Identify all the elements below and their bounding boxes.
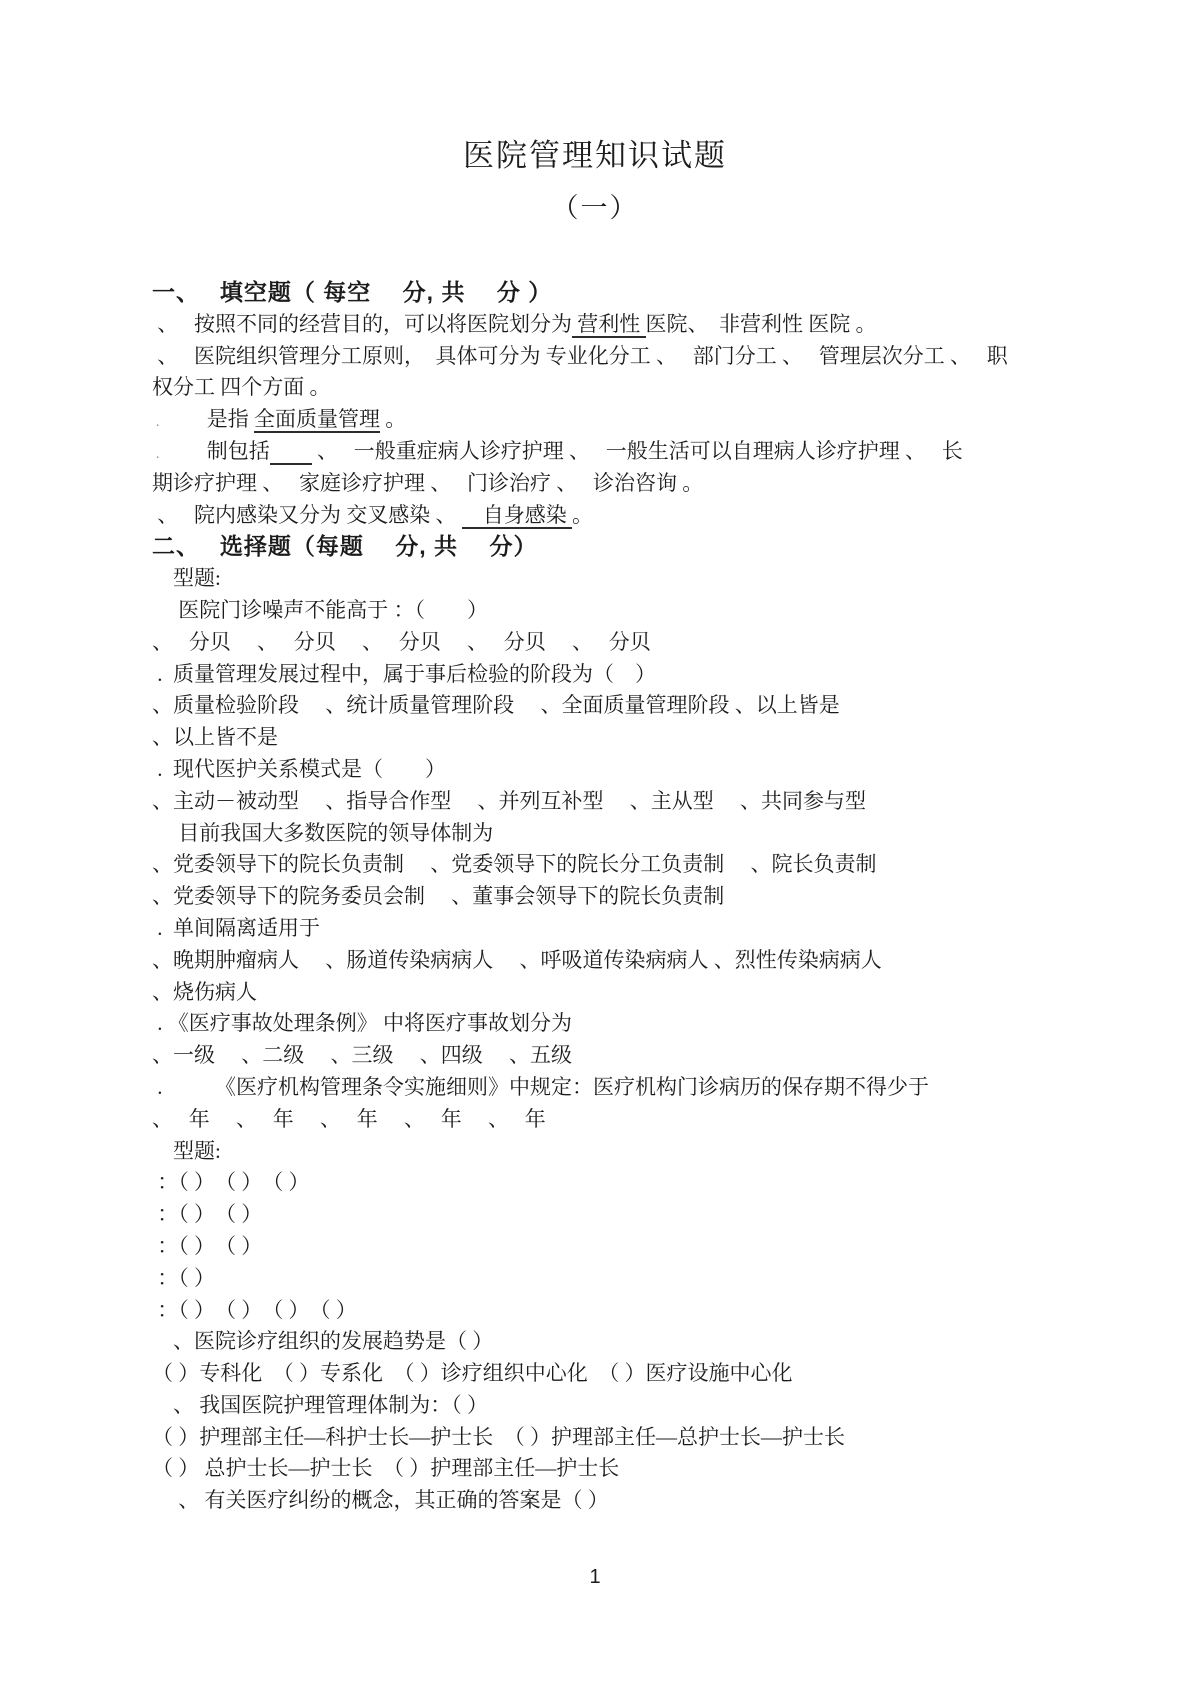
text-segment: . 现代医护关系模式是（ ）	[152, 757, 446, 781]
text-line-37: （ ）护理部主任—科护士长—护士长 （ ）护理部主任—总护士长—护士长	[152, 1422, 1052, 1454]
text-line-25: 、一级 、二级 、三级 、四级 、五级	[152, 1040, 1052, 1072]
text-line-29: ：（ ） （ ） （ ）	[152, 1167, 1052, 1199]
text-segment: 、晚期肿瘤病人 、肠道传染病病人 、呼吸道传染病病人 、烈性传染病病人	[152, 948, 882, 972]
text-segment: 二、 选择题（每题 分, 共 分）	[152, 533, 537, 559]
text-line-27: 、 年 、 年 、 年 、 年 、 年	[152, 1104, 1052, 1136]
text-segment: 、党委领导下的院长负责制 、党委领导下的院长分工负责制 、院长负责制	[152, 852, 877, 876]
text-line-24: . 《医疗事故处理条例》 中将医疗事故划分为	[152, 1008, 1052, 1040]
text-line-7: 期诊疗护理 、 家庭诊疗护理 、 门诊治疗 、 诊治咨询 。	[152, 468, 1052, 500]
text-line-1: 一、 填空题（ 每空 分, 共 分 ）	[152, 277, 1052, 309]
text-line-38: （ ） 总护士长—护士长 （ ）护理部主任—护士长	[152, 1453, 1052, 1485]
text-segment: 、 医院组织管理分工原则， 具体可分为 专业化分工 、 部门分工 、 管理层次分…	[152, 344, 1008, 368]
text-line-20: 、党委领导下的院务委员会制 、董事会领导下的院长负责制	[152, 881, 1052, 913]
text-line-16: . 现代医护关系模式是（ ）	[152, 754, 1052, 786]
text-line-31: ：（ ） （ ）	[152, 1231, 1052, 1263]
text-segment: 型题:	[152, 566, 221, 590]
text-line-3: 、 医院组织管理分工原则， 具体可分为 专业化分工 、 部门分工 、 管理层次分…	[152, 341, 1052, 373]
text-segment: ：（ ） （ ）	[152, 1234, 262, 1258]
text-segment: 制包括	[160, 439, 270, 463]
text-line-35: （ ）专科化 （ ）专系化 （ ）诊疗组织中心化 （ ）医疗设施中心化	[152, 1358, 1052, 1390]
text-segment: .	[152, 446, 160, 462]
text-segment: 、 一般重症病人诊疗护理 、 一般生活可以自理病人诊疗护理 、 长	[312, 439, 963, 463]
text-segment: 型题:	[152, 1139, 221, 1163]
text-segment: 、医院诊疗组织的发展趋势是（ ）	[152, 1329, 493, 1353]
text-segment: 、 有关医疗纠纷的概念，其正确的答案是（ ）	[152, 1488, 609, 1512]
text-segment: 期诊疗护理 、 家庭诊疗护理 、 门诊治疗 、 诊治咨询 。	[152, 471, 703, 495]
text-line-6: . 制包括 、 一般重症病人诊疗护理 、 一般生活可以自理病人诊疗护理 、 长	[152, 436, 1052, 468]
text-line-19: 、党委领导下的院长负责制 、党委领导下的院长分工负责制 、院长负责制	[152, 849, 1052, 881]
text-segment: . 《医疗机构管理条令实施细则》中规定：医疗机构门诊病历的保存期不得少于	[152, 1075, 929, 1099]
text-line-33: ：（ ） （ ） （ ） （ ）	[152, 1295, 1052, 1327]
text-segment: . 质量管理发展过程中，属于事后检验的阶段为（ ）	[152, 662, 656, 686]
page-title: 医院管理知识试题	[0, 130, 1190, 175]
text-line-10: 型题:	[152, 563, 1052, 595]
text-segment: （ ） 总护士长—护士长 （ ）护理部主任—护士长	[152, 1456, 619, 1480]
text-line-32: ：（ ）	[152, 1263, 1052, 1295]
underlined-answer: 营利性	[572, 312, 646, 338]
text-line-26: . 《医疗机构管理条令实施细则》中规定：医疗机构门诊病历的保存期不得少于	[152, 1072, 1052, 1104]
text-line-39: 、 有关医疗纠纷的概念，其正确的答案是（ ）	[152, 1485, 1052, 1517]
text-line-8: 、 院内感染又分为 交叉感染 、 自身感染 。	[152, 500, 1052, 532]
text-segment: 、以上皆不是	[152, 725, 278, 749]
text-line-34: 、医院诊疗组织的发展趋势是（ ）	[152, 1326, 1052, 1358]
text-segment: 一、 填空题（ 每空 分, 共 分 ）	[152, 279, 552, 305]
text-segment: 、 按照不同的经营目的，可以将医院划分为	[152, 312, 572, 336]
text-line-2: 、 按照不同的经营目的，可以将医院划分为 营利性 医院、 非营利性 医院 。	[152, 309, 1052, 341]
text-segment: . 单间隔离适用于	[152, 916, 320, 940]
text-segment: 医院、 非营利性 医院 。	[646, 312, 877, 336]
text-segment: ：（ ） （ ） （ ）	[152, 1170, 310, 1194]
exam-body: 一、 填空题（ 每空 分, 共 分 ） 、 按照不同的经营目的，可以将医院划分为…	[152, 277, 1052, 1517]
text-segment: 、党委领导下的院务委员会制 、董事会领导下的院长负责制	[152, 884, 724, 908]
text-segment: ：（ ） （ ）	[152, 1202, 262, 1226]
text-line-28: 型题:	[152, 1136, 1052, 1168]
text-segment: 、一级 、二级 、三级 、四级 、五级	[152, 1043, 572, 1067]
text-segment: 。	[572, 503, 593, 527]
text-segment: 是指	[160, 407, 255, 431]
page-number: 1	[0, 1566, 1190, 1589]
text-segment: （ ）护理部主任—科护士长—护士长 （ ）护理部主任—总护士长—护士长	[152, 1425, 845, 1449]
text-line-30: ：（ ） （ ）	[152, 1199, 1052, 1231]
text-line-11: 医院门诊噪声不能高于 ：（ ）	[152, 595, 1052, 627]
text-line-21: . 单间隔离适用于	[152, 913, 1052, 945]
text-line-9: 二、 选择题（每题 分, 共 分）	[152, 531, 1052, 563]
text-segment: 、烧伤病人	[152, 980, 257, 1004]
text-segment: 、 院内感染又分为 交叉感染 、	[152, 503, 462, 527]
text-line-4: 权分工 四个方面 。	[152, 372, 1052, 404]
text-line-23: 、烧伤病人	[152, 977, 1052, 1009]
text-segment: 、主动－被动型 、指导合作型 、并列互补型 、主从型 、共同参与型	[152, 789, 866, 813]
text-segment: 、质量检验阶段 、统计质量管理阶段 、全面质量管理阶段 、以上皆是	[152, 693, 840, 717]
text-segment: .	[152, 414, 160, 430]
text-line-14: 、质量检验阶段 、统计质量管理阶段 、全面质量管理阶段 、以上皆是	[152, 690, 1052, 722]
text-segment: 。	[380, 407, 406, 431]
text-segment: 医院门诊噪声不能高于 ：（ ）	[152, 598, 488, 622]
text-segment: 权分工 四个方面 。	[152, 375, 331, 399]
text-line-12: 、 分贝 、 分贝 、 分贝 、 分贝 、 分贝	[152, 627, 1052, 659]
text-segment: 目前我国大多数医院的领导体制为	[152, 821, 493, 845]
text-line-17: 、主动－被动型 、指导合作型 、并列互补型 、主从型 、共同参与型	[152, 786, 1052, 818]
text-line-13: . 质量管理发展过程中，属于事后检验的阶段为（ ）	[152, 659, 1052, 691]
exam-document-page: 医院管理知识试题 （一） 一、 填空题（ 每空 分, 共 分 ） 、 按照不同的…	[0, 0, 1190, 1683]
page-subtitle: （一）	[0, 186, 1190, 225]
text-segment: . 《医疗事故处理条例》 中将医疗事故划分为	[152, 1011, 572, 1035]
text-segment: ：（ ）	[152, 1266, 215, 1290]
text-segment: （ ）专科化 （ ）专系化 （ ）诊疗组织中心化 （ ）医疗设施中心化	[152, 1361, 793, 1385]
text-line-18: 目前我国大多数医院的领导体制为	[152, 818, 1052, 850]
underlined-answer: 全面质量管理	[254, 407, 380, 433]
text-line-22: 、晚期肿瘤病人 、肠道传染病病人 、呼吸道传染病病人 、烈性传染病病人	[152, 945, 1052, 977]
text-line-5: . 是指 全面质量管理 。	[152, 404, 1052, 436]
underlined-answer	[270, 439, 312, 465]
underlined-answer: 自身感染	[462, 503, 572, 529]
text-segment: 、 分贝 、 分贝 、 分贝 、 分贝 、 分贝	[152, 630, 651, 654]
text-segment: ：（ ） （ ） （ ） （ ）	[152, 1298, 357, 1322]
text-segment: 、 年 、 年 、 年 、 年 、 年	[152, 1107, 546, 1131]
text-segment: 、 我国医院护理管理体制为：（ ）	[152, 1393, 488, 1417]
text-line-15: 、以上皆不是	[152, 722, 1052, 754]
text-line-36: 、 我国医院护理管理体制为：（ ）	[152, 1390, 1052, 1422]
